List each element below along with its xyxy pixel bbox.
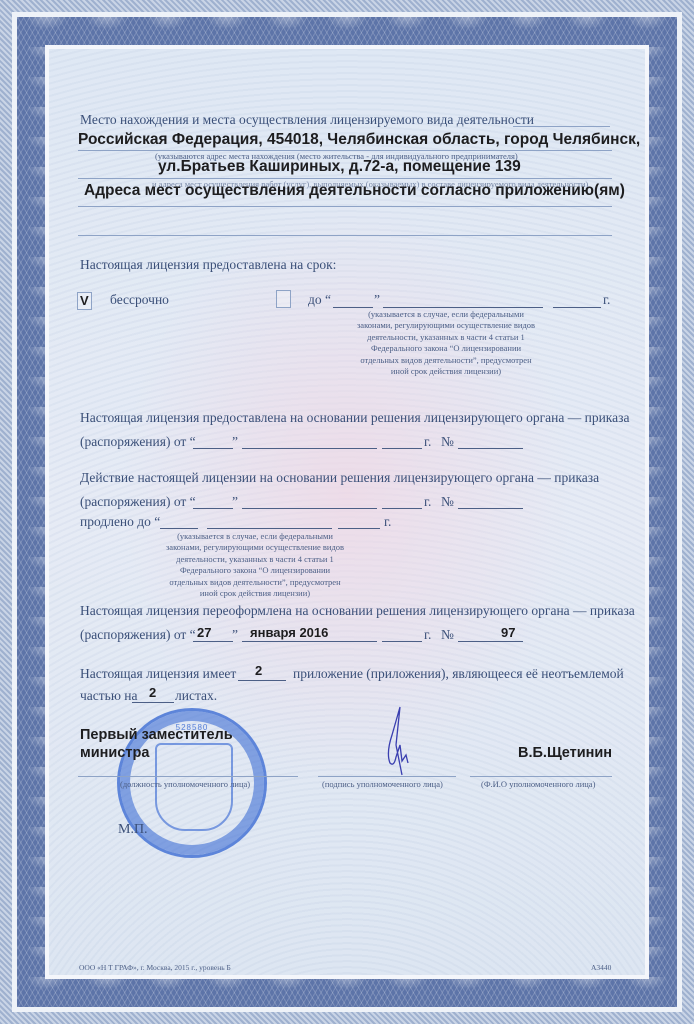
until-year-blank [553, 307, 601, 308]
reissue-month-blank [242, 641, 377, 642]
name-rule [470, 776, 612, 777]
reissue-number-sign: № [441, 627, 454, 643]
printer-info: ООО «Н Т ГРАФ», г. Москва, 2015 г., уров… [79, 963, 231, 972]
reissue-number-blank [458, 641, 523, 642]
until-year-suffix: г. [603, 292, 610, 308]
until-checkbox[interactable] [276, 290, 291, 308]
signer-name: В.Б.Щетинин [518, 745, 612, 761]
appendix-count-blank [238, 680, 286, 681]
extension-line-1: Действие настоящей лицензии на основании… [80, 470, 599, 486]
reissue-line-1: Настоящая лицензия переоформлена на осно… [80, 603, 635, 619]
basis-day-blank [193, 448, 233, 449]
seal-label: М.П. [118, 822, 148, 838]
address-label-rule [513, 126, 610, 127]
reissue-order-number: 97 [501, 625, 515, 640]
reissue-year-blank [382, 641, 422, 642]
position-rule [78, 776, 298, 777]
appendix-count: 2 [255, 663, 262, 678]
pages-count: 2 [149, 685, 156, 700]
basis-month-blank [242, 448, 377, 449]
reissue-line-2-prefix: (распоряжения) от “ [80, 627, 196, 643]
extension-note: (указывается в случае, если федеральными… [160, 531, 350, 599]
basis-number-blank [458, 448, 523, 449]
signature-icon [378, 705, 418, 777]
address-line-3: Адреса мест осуществления деятельности с… [84, 182, 625, 200]
extended-day-blank [160, 528, 198, 529]
term-label: Настоящая лицензия предоставлена на срок… [80, 257, 336, 273]
extension-quote-close: ” [232, 494, 238, 510]
form-number: А3440 [591, 963, 611, 972]
reissue-day-blank [193, 641, 233, 642]
reissue-quote-close: ” [232, 627, 238, 643]
reissue-year-suffix: г. [424, 627, 431, 643]
extension-number-sign: № [441, 494, 454, 510]
extension-line-2-prefix: (распоряжения) от “ [80, 494, 196, 510]
position-line-2: министра [80, 745, 149, 761]
until-note: (указывается в случае, если федеральными… [352, 309, 540, 377]
basis-number-sign: № [441, 434, 454, 450]
position-line-1: Первый заместитель [80, 727, 233, 743]
address-rule-4 [78, 235, 612, 236]
pages-prefix: частью на [80, 688, 138, 704]
signature-caption: (подпись уполномоченного лица) [322, 779, 443, 789]
address-line-1: Российская Федерация, 454018, Челябинска… [78, 131, 640, 149]
checkmark-icon: V [80, 293, 89, 308]
appendix-prefix: Настоящая лицензия имеет [80, 666, 236, 682]
name-caption: (Ф.И.О уполномоченного лица) [481, 779, 595, 789]
extension-year-suffix: г. [424, 494, 431, 510]
basis-line-2-prefix: (распоряжения) от “ [80, 434, 196, 450]
signature-rule [318, 776, 456, 777]
until-month-blank [383, 307, 543, 308]
address-rule-3 [78, 206, 612, 207]
extended-month-blank [207, 528, 332, 529]
indefinite-label: бессрочно [110, 292, 169, 308]
reissue-day: 27 [197, 625, 211, 640]
extended-until-prefix: продлено до “ [80, 514, 160, 530]
address-label: Место нахождения и места осуществления л… [80, 112, 534, 128]
appendix-suffix: приложение (приложения), являющееся её н… [293, 666, 624, 682]
pages-count-blank [132, 702, 174, 703]
extended-year-blank [338, 528, 380, 529]
indefinite-checkbox[interactable]: V [77, 292, 92, 310]
position-caption: (должность уполномоченного лица) [120, 779, 250, 789]
reissue-month-year: января 2016 [250, 625, 328, 640]
extension-month-blank [242, 508, 377, 509]
extension-year-blank [382, 508, 422, 509]
until-quote-close: ” [374, 292, 380, 308]
basis-line-1: Настоящая лицензия предоставлена на осно… [80, 410, 629, 426]
extended-year-suffix: г. [384, 514, 391, 530]
basis-year-suffix: г. [424, 434, 431, 450]
extension-number-blank [458, 508, 523, 509]
until-day-blank [333, 307, 373, 308]
extension-day-blank [193, 508, 233, 509]
basis-quote-close: ” [232, 434, 238, 450]
basis-year-blank [382, 448, 422, 449]
address-line-2: ул.Братьев Кашириных, д.72-а, помещение … [158, 158, 521, 176]
until-prefix: до “ [308, 292, 331, 308]
pages-suffix: листах. [175, 688, 217, 704]
